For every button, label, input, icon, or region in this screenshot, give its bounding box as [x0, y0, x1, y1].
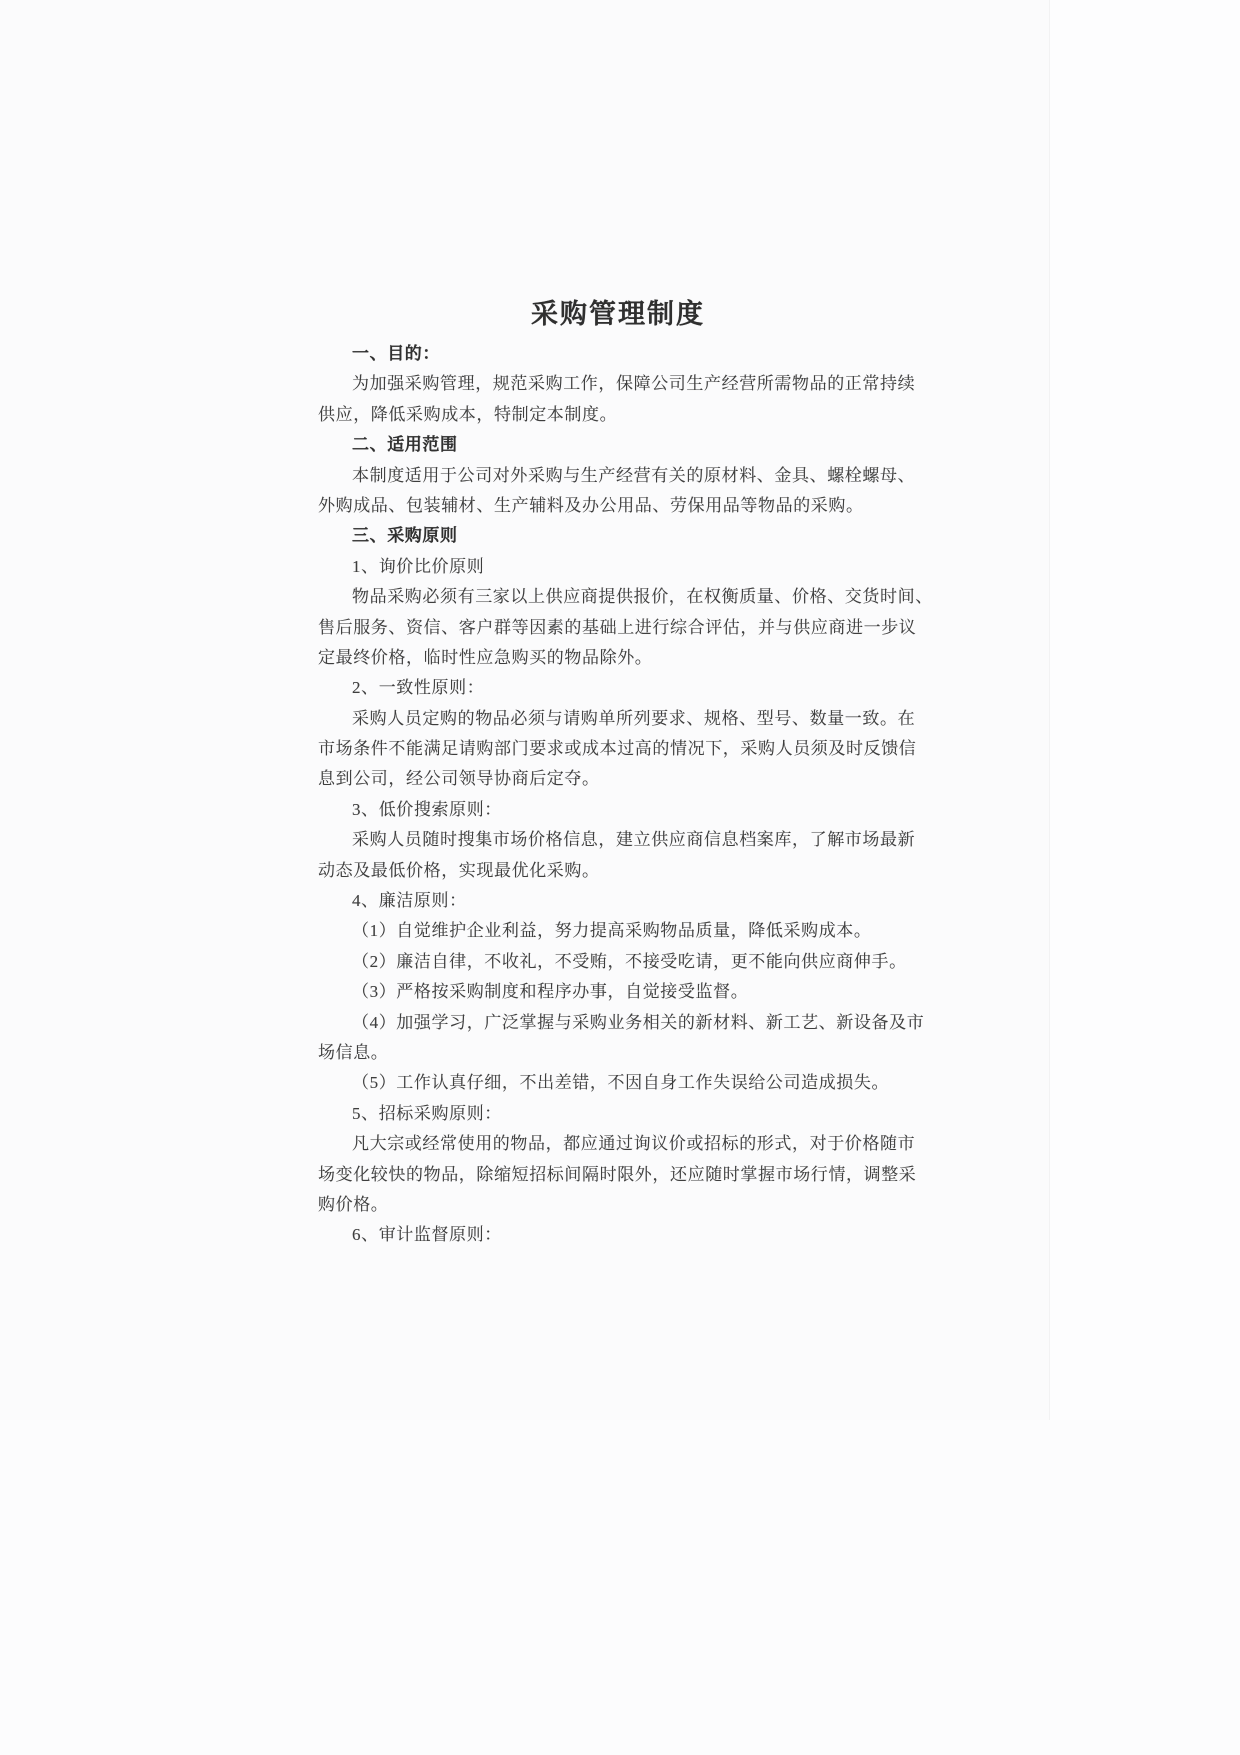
text-line: （3）严格按采购制度和程序办事，自觉接受监督。 [318, 977, 918, 1007]
text-line: 动态及最低价格，实现最优化采购。 [318, 856, 918, 886]
text-line: 4、廉洁原则： [318, 886, 918, 916]
text-line: （2）廉洁自律，不收礼，不受贿，不接受吃请，更不能向供应商伸手。 [318, 947, 918, 977]
text-line: 为加强采购管理，规范采购工作，保障公司生产经营所需物品的正常持续 [318, 369, 918, 399]
text-line: （4）加强学习，广泛掌握与采购业务相关的新材料、新工艺、新设备及市 [318, 1008, 918, 1038]
text-line: 售后服务、资信、客户群等因素的基础上进行综合评估，并与供应商进一步议 [318, 613, 918, 643]
text-line: 三、采购原则 [318, 521, 918, 551]
text-line: 本制度适用于公司对外采购与生产经营有关的原材料、金具、螺栓螺母、 [318, 461, 918, 491]
text-line: 市场条件不能满足请购部门要求或成本过高的情况下，采购人员须及时反馈信 [318, 734, 918, 764]
text-line: 1、询价比价原则 [318, 552, 918, 582]
text-line: 6、审计监督原则： [318, 1220, 918, 1250]
text-line: 购价格。 [318, 1190, 918, 1220]
document-title: 采购管理制度 [318, 296, 918, 332]
text-line: 物品采购必须有三家以上供应商提供报价，在权衡质量、价格、交货时间、 [318, 582, 918, 612]
text-line: 3、低价搜索原则： [318, 795, 918, 825]
text-line: 息到公司，经公司领导协商后定夺。 [318, 764, 918, 794]
text-line: 一、目的： [318, 339, 918, 369]
document-body: 一、目的：为加强采购管理，规范采购工作，保障公司生产经营所需物品的正常持续供应，… [318, 339, 918, 1251]
document-page: 采购管理制度 一、目的：为加强采购管理，规范采购工作，保障公司生产经营所需物品的… [318, 0, 918, 1251]
scan-page-edge [1049, 0, 1240, 1420]
text-line: 2、一致性原则： [318, 673, 918, 703]
text-line: （1）自觉维护企业利益，努力提高采购物品质量，降低采购成本。 [318, 916, 918, 946]
text-line: 采购人员随时搜集市场价格信息，建立供应商信息档案库，了解市场最新 [318, 825, 918, 855]
scan-bottom-shade [0, 1420, 1240, 1755]
text-line: 凡大宗或经常使用的物品，都应通过询议价或招标的形式，对于价格随市 [318, 1129, 918, 1159]
text-line: 场变化较快的物品，除缩短招标间隔时限外，还应随时掌握市场行情，调整采 [318, 1160, 918, 1190]
text-line: 定最终价格，临时性应急购买的物品除外。 [318, 643, 918, 673]
text-line: 采购人员定购的物品必须与请购单所列要求、规格、型号、数量一致。在 [318, 704, 918, 734]
text-line: 外购成品、包装辅材、生产辅料及办公用品、劳保用品等物品的采购。 [318, 491, 918, 521]
text-line: 二、适用范围 [318, 430, 918, 460]
text-line: 供应，降低采购成本，特制定本制度。 [318, 400, 918, 430]
text-line: 5、招标采购原则： [318, 1099, 918, 1129]
text-line: （5）工作认真仔细，不出差错，不因自身工作失误给公司造成损失。 [318, 1068, 918, 1098]
text-line: 场信息。 [318, 1038, 918, 1068]
